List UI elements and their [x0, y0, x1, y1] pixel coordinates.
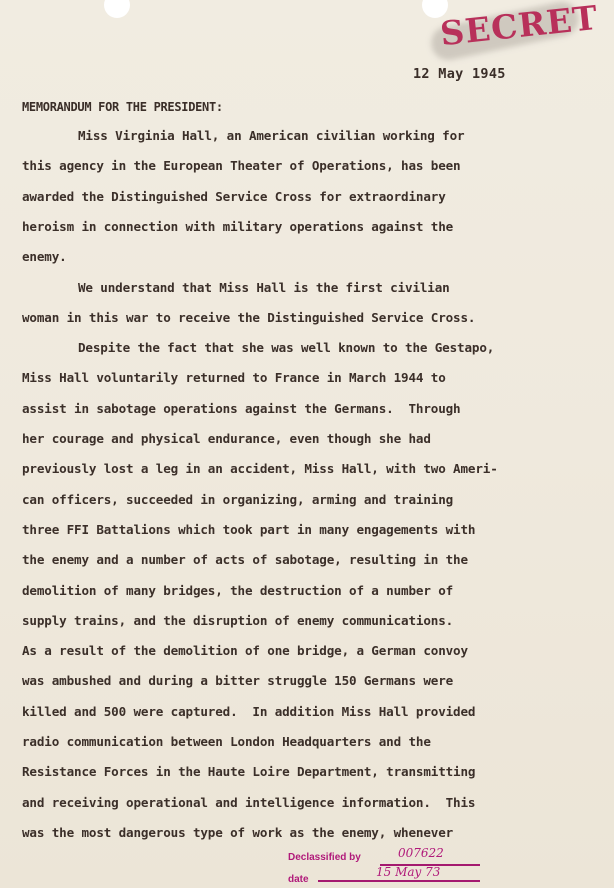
memo-heading: MEMORANDUM FOR THE PRESIDENT:	[22, 100, 223, 114]
declassified-by-value: 007622	[398, 846, 444, 860]
memo-line: enemy.	[22, 249, 67, 264]
memo-line: previously lost a leg in an accident, Mi…	[22, 461, 498, 476]
memo-line: the enemy and a number of acts of sabota…	[22, 552, 468, 567]
memo-line: Miss Virginia Hall, an American civilian…	[78, 128, 464, 143]
declassified-date-value: 15 May 73	[376, 865, 440, 879]
declassified-date-rule	[318, 880, 480, 882]
memo-line: her courage and physical endurance, even…	[22, 431, 431, 446]
declassified-by-label: Declassified by	[288, 852, 361, 863]
memo-line: supply trains, and the disruption of ene…	[22, 613, 453, 628]
memo-line: demolition of many bridges, the destruct…	[22, 583, 453, 598]
memo-line: was the most dangerous type of work as t…	[22, 825, 453, 840]
memo-page: SECRET 12 May 1945 MEMORANDUM FOR THE PR…	[0, 0, 614, 888]
memo-line: can officers, succeeded in organizing, a…	[22, 492, 453, 507]
memo-line: three FFI Battalions which took part in …	[22, 522, 475, 537]
memo-line: assist in sabotage operations against th…	[22, 401, 461, 416]
memo-line: Resistance Forces in the Haute Loire Dep…	[22, 764, 475, 779]
memo-line: We understand that Miss Hall is the firs…	[78, 280, 450, 295]
memo-line: radio communication between London Headq…	[22, 734, 431, 749]
memo-line: was ambushed and during a bitter struggl…	[22, 673, 453, 688]
memo-line: and receiving operational and intelligen…	[22, 795, 475, 810]
memo-line: Despite the fact that she was well known…	[78, 340, 494, 355]
memo-line: heroism in connection with military oper…	[22, 219, 453, 234]
punch-hole	[104, 0, 130, 18]
memo-line: woman in this war to receive the Disting…	[22, 310, 475, 325]
memo-line: Miss Hall voluntarily returned to France…	[22, 370, 446, 385]
memo-line: this agency in the European Theater of O…	[22, 158, 461, 173]
declassified-date-label: date	[288, 874, 309, 885]
memo-line: As a result of the demolition of one bri…	[22, 643, 468, 658]
memo-date: 12 May 1945	[413, 66, 506, 82]
memo-line: killed and 500 were captured. In additio…	[22, 704, 475, 719]
memo-line: awarded the Distinguished Service Cross …	[22, 189, 446, 204]
